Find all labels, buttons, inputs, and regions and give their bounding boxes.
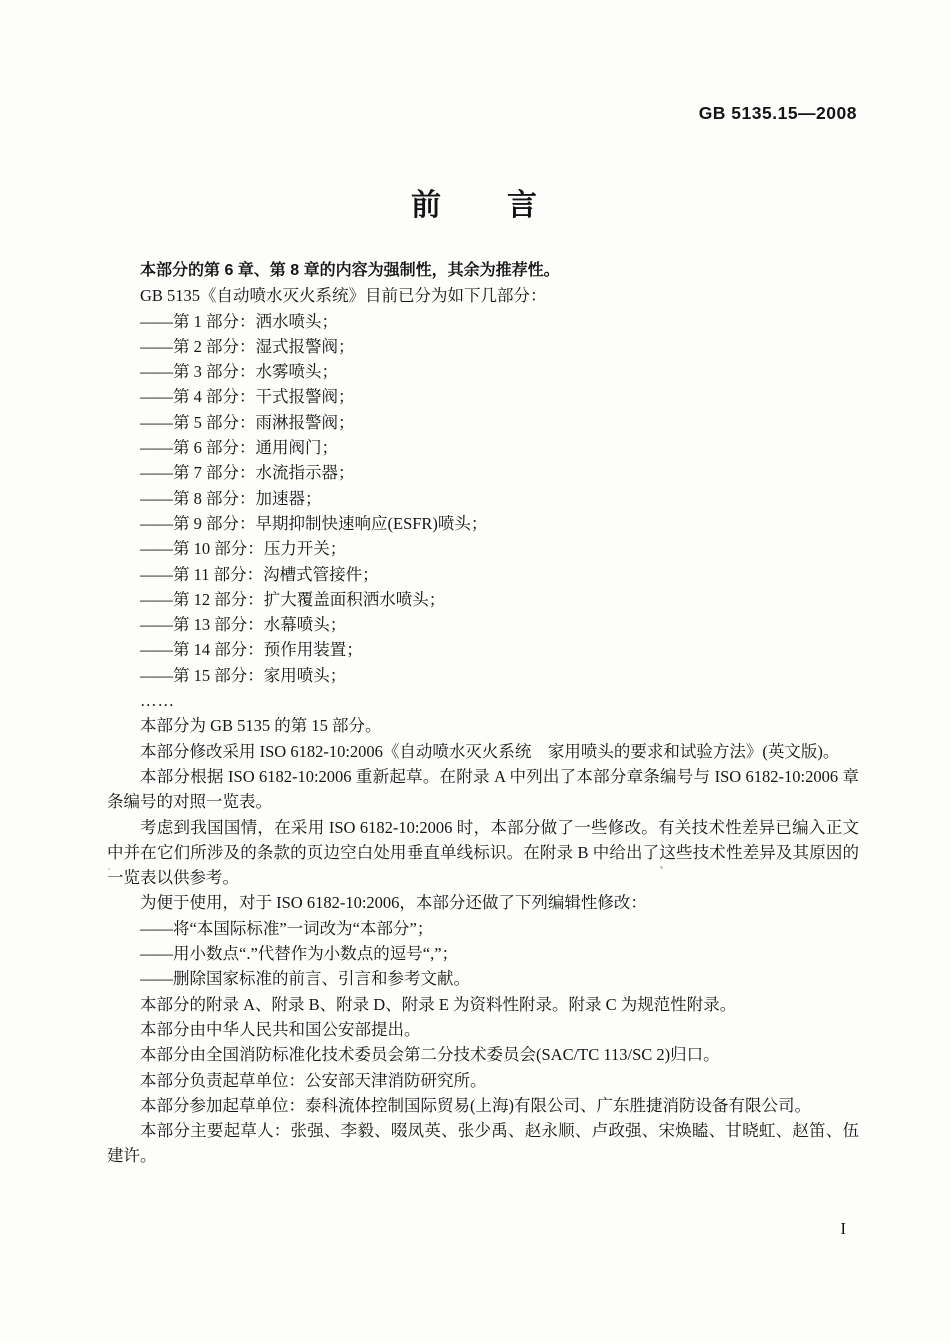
foreword-title: 前 言 <box>0 180 950 224</box>
foreword-paragraph: 本部分负责起草单位：公安部天津消防研究所。 <box>107 1068 859 1093</box>
foreword-paragraph: ——用小数点“.”代替作为小数点的逗号“,”； <box>107 941 859 966</box>
foreword-paragraph: 本部分的附录 A、附录 B、附录 D、附录 E 为资料性附录。附录 C 为规范性… <box>107 992 859 1017</box>
foreword-paragraph: 为便于使用，对于 ISO 6182-10:2006，本部分还做了下列编辑性修改： <box>107 890 859 915</box>
foreword-paragraph: 本部分修改采用 ISO 6182-10:2006《自动喷水灭火系统 家用喷头的要… <box>107 739 859 764</box>
foreword-paragraph: ——第 10 部分：压力开关； <box>107 536 859 561</box>
foreword-paragraph: ——第 7 部分：水流指示器； <box>107 460 859 485</box>
foreword-paragraph: 本部分由全国消防标准化技术委员会第二分技术委员会(SAC/TC 113/SC 2… <box>107 1042 859 1067</box>
foreword-paragraph: ——第 6 部分：通用阀门； <box>107 435 859 460</box>
foreword-paragraph: 本部分参加起草单位：泰科流体控制国际贸易(上海)有限公司、广东胜捷消防设备有限公… <box>107 1093 859 1118</box>
standard-number: GB 5135.15—2008 <box>699 103 857 124</box>
foreword-paragraph: ——第 3 部分：水雾喷头； <box>107 359 859 384</box>
scan-artifact <box>108 868 110 870</box>
foreword-paragraph: 考虑到我国国情，在采用 ISO 6182-10:2006 时，本部分做了一些修改… <box>107 815 859 891</box>
foreword-body: 本部分的第 6 章、第 8 章的内容为强制性，其余为推荐性。 GB 5135《自… <box>107 258 859 1169</box>
foreword-paragraph: 本部分根据 ISO 6182-10:2006 重新起草。在附录 A 中列出了本部… <box>107 764 859 815</box>
foreword-paragraph: ——第 5 部分：雨淋报警阀； <box>107 410 859 435</box>
foreword-paragraph: ——第 8 部分：加速器； <box>107 486 859 511</box>
foreword-paragraph: ——第 2 部分：湿式报警阀； <box>107 334 859 359</box>
foreword-paragraph: …… <box>107 688 859 713</box>
foreword-paragraph: 本部分的第 6 章、第 8 章的内容为强制性，其余为推荐性。 <box>107 258 859 283</box>
foreword-paragraph: ——第 15 部分：家用喷头； <box>107 663 859 688</box>
foreword-paragraph: ——第 14 部分：预作用装置； <box>107 637 859 662</box>
foreword-paragraph: 本部分为 GB 5135 的第 15 部分。 <box>107 713 859 738</box>
foreword-paragraph: ——第 12 部分：扩大覆盖面积洒水喷头； <box>107 587 859 612</box>
foreword-paragraph: GB 5135《自动喷水灭火系统》目前已分为如下几部分： <box>107 283 859 308</box>
document-page: GB 5135.15—2008 前 言 本部分的第 6 章、第 8 章的内容为强… <box>0 0 950 1343</box>
foreword-paragraph: ——将“本国际标准”一词改为“本部分”； <box>107 916 859 941</box>
foreword-paragraph: ——删除国家标准的前言、引言和参考文献。 <box>107 966 859 991</box>
page-number: I <box>841 1219 847 1239</box>
foreword-paragraph: ——第 9 部分：早期抑制快速响应(ESFR)喷头； <box>107 511 859 536</box>
foreword-paragraph: 本部分主要起草人：张强、李毅、啜凤英、张少禹、赵永顺、卢政强、宋焕瞌、甘晓虹、赵… <box>107 1118 859 1169</box>
foreword-paragraph: ——第 11 部分：沟槽式管接件； <box>107 562 859 587</box>
foreword-paragraph: ——第 1 部分：洒水喷头； <box>107 309 859 334</box>
foreword-paragraph: ——第 13 部分：水幕喷头； <box>107 612 859 637</box>
foreword-paragraph: 本部分由中华人民共和国公安部提出。 <box>107 1017 859 1042</box>
scan-artifact <box>660 866 663 869</box>
foreword-paragraph: ——第 4 部分：干式报警阀； <box>107 384 859 409</box>
